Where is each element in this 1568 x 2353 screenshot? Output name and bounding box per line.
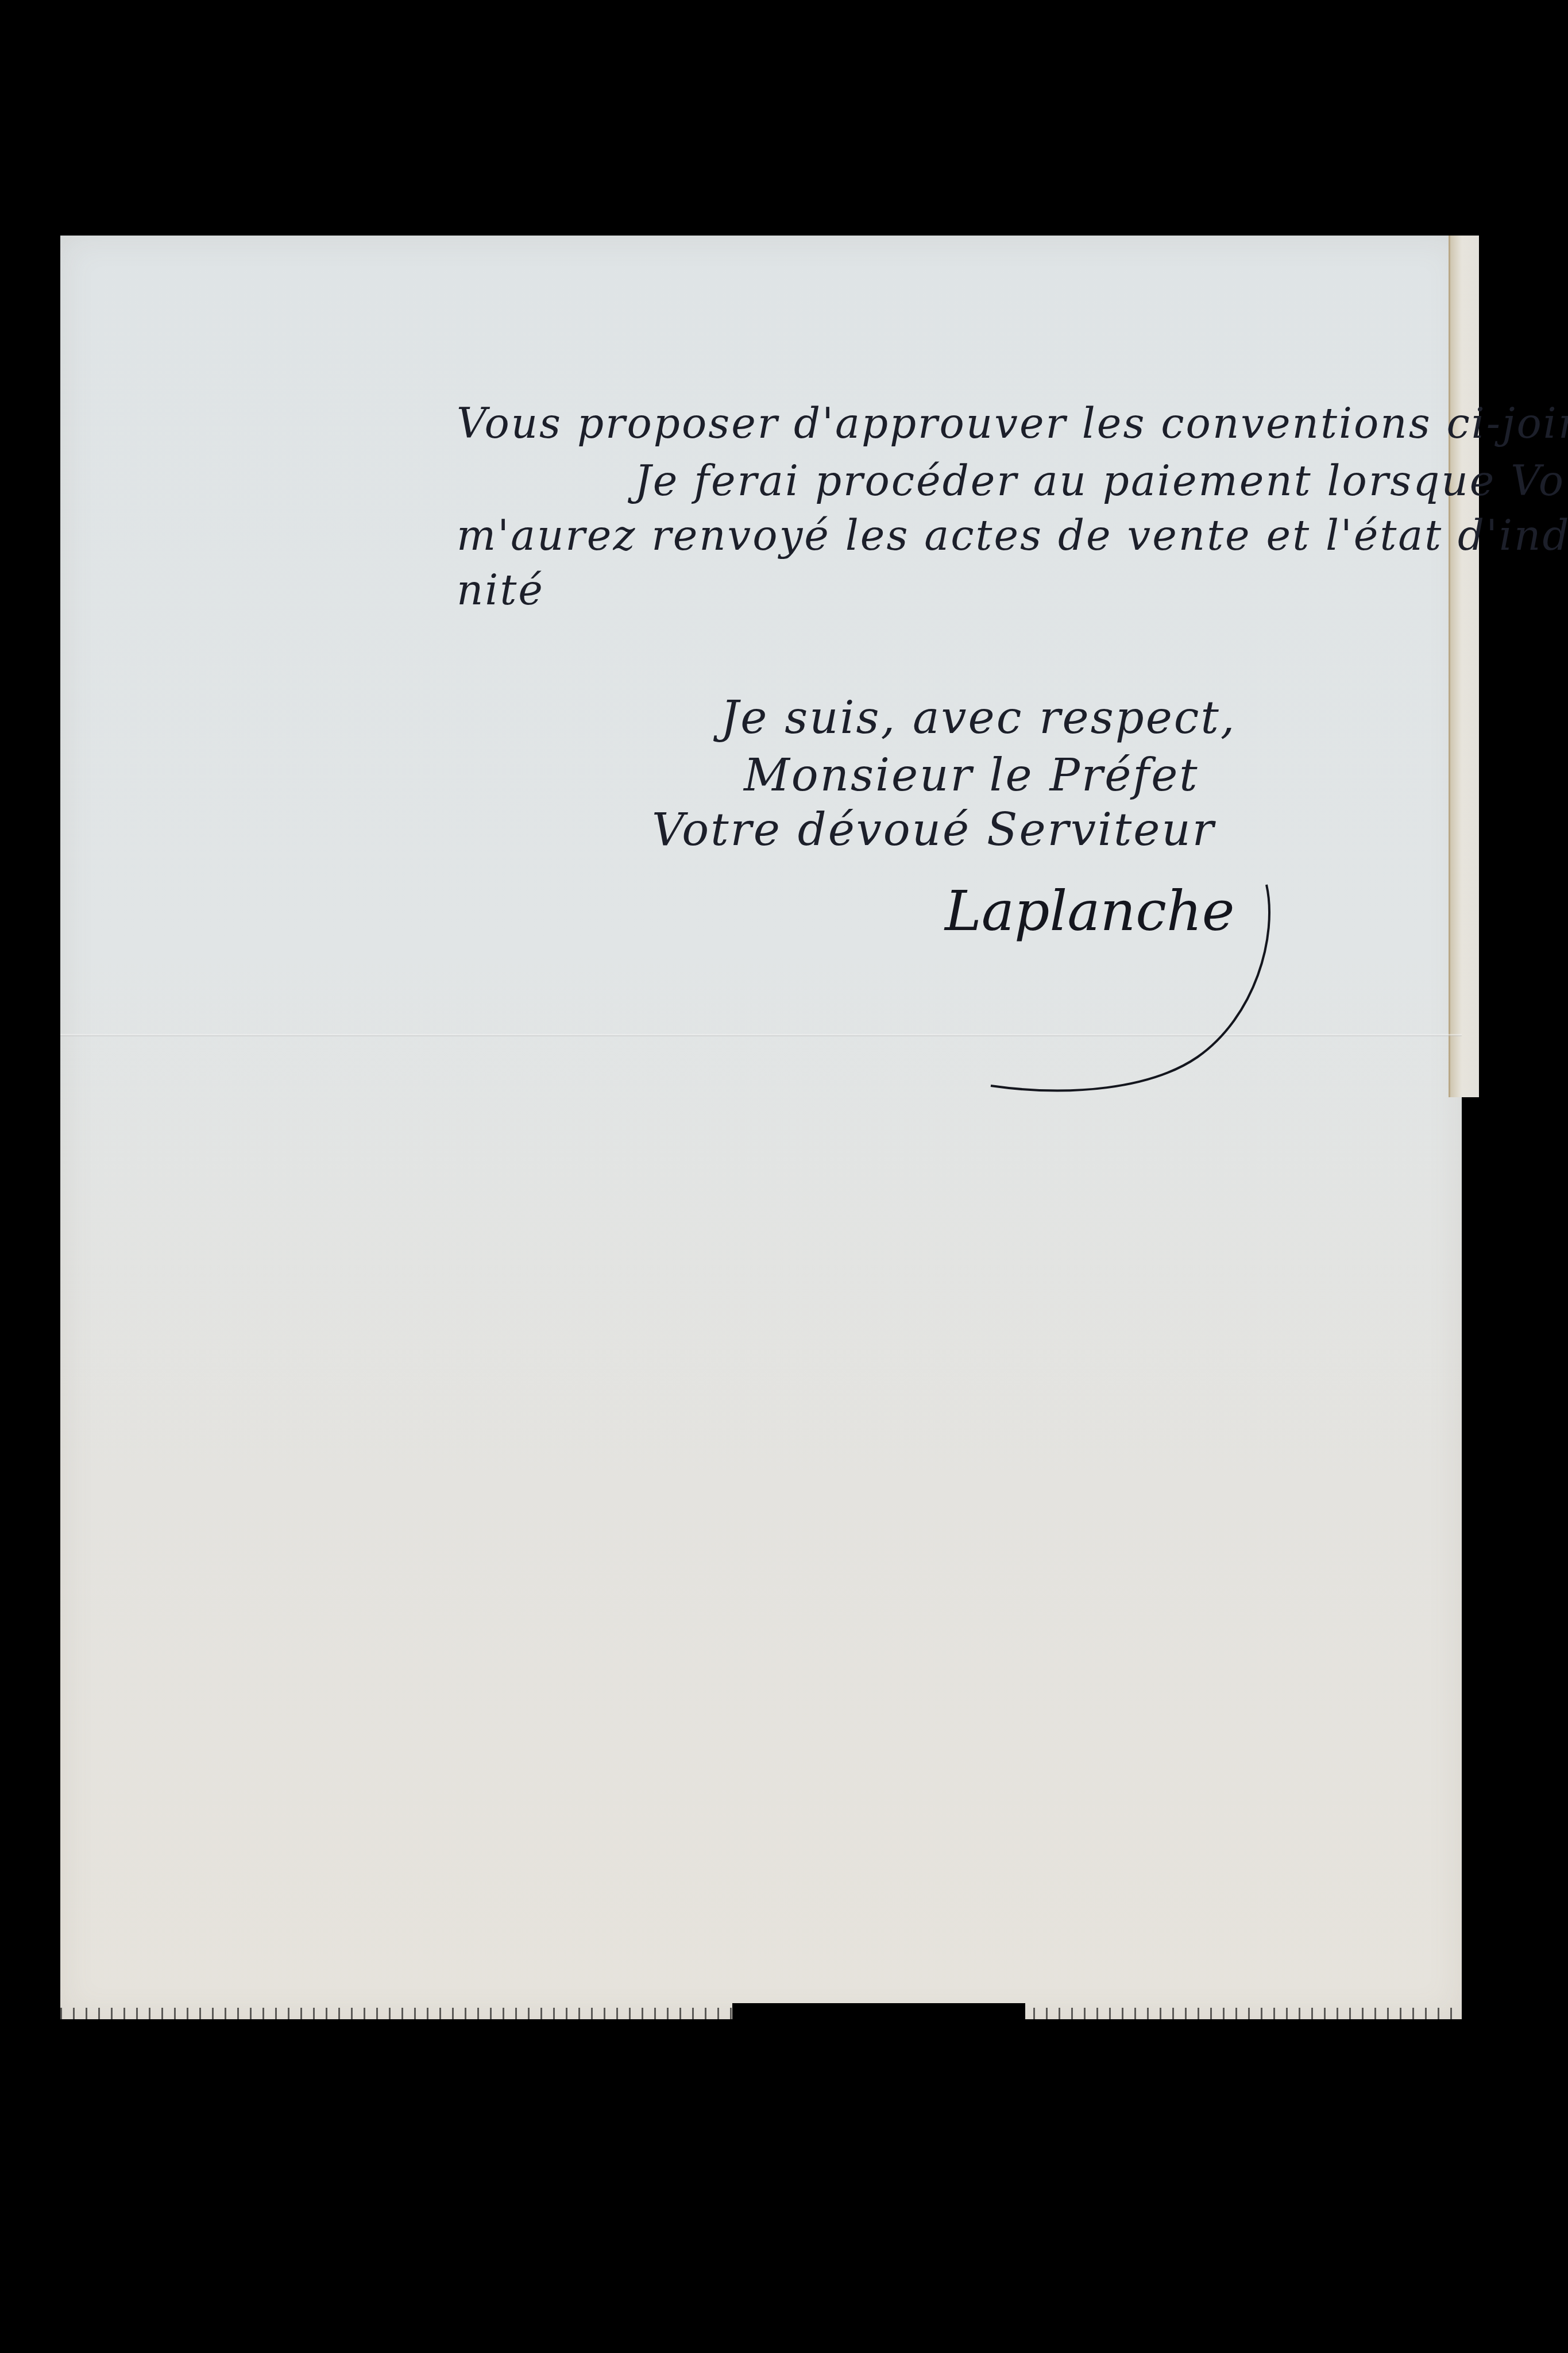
closing-line-1: Je suis, avec respect, [721,692,1237,744]
closing-line-2: Monsieur le Préfet [744,750,1199,801]
body-line-1: Vous proposer d'approuver les convention… [457,399,1568,448]
body-line-4: nité [457,566,544,614]
torn-bottom-edge [60,2008,1462,2022]
body-line-3: m'aurez renvoyé les actes de vente et l'… [457,511,1568,560]
letter-page: Vous proposer d'approuver les convention… [60,236,1462,2019]
page-edge-strip [1449,236,1479,1097]
signature-flourish-icon [956,867,1278,1109]
closing-line-3: Votre dévoué Serviteur [652,804,1215,856]
body-line-2: Je ferai procéder au paiement lorsque Vo… [635,457,1568,505]
